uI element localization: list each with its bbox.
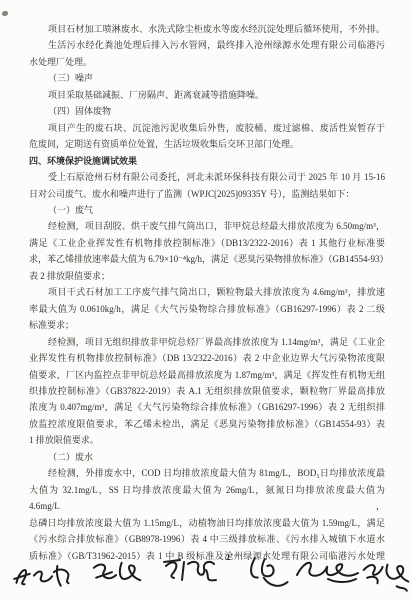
signature-row <box>0 545 412 597</box>
handwritten-signature-4 <box>241 550 293 597</box>
document-line: 经检测，外排废水中，COD 日均排放浓度最大值为 81mg/L，BOD₅日均排放… <box>29 465 385 481</box>
document-line: 表 2 排放限值要求； <box>29 268 385 284</box>
document-line: （四）固体废物 <box>29 103 385 119</box>
document-line: 受上石原沧州石材有限公司委托，河北未派环保科技有限公司于 2025 年 10 月… <box>29 169 385 185</box>
document-line: 织排放控制标准》（GB37822-2019）表 A.1 无组织排放限值要求，颗粒… <box>29 383 385 399</box>
signature-superscript-mark: 2 <box>226 553 230 562</box>
document-line: （二）废水 <box>29 449 385 465</box>
document-line: 四、环境保护设施调试效果 <box>29 153 385 169</box>
report-page: 项目石材加工喷淋废水、水洗式除尘柜废水等废水经沉淀处理后循环使用，不外排。生活污… <box>0 0 412 600</box>
document-body: 项目石材加工喷淋废水、水洗式除尘柜废水等废水经沉淀处理后循环使用，不外排。生活污… <box>29 21 385 564</box>
document-line: 大值为 32.1mg/L，SS 日均排放浓度最大值为 26mg/L，氨氮日均排放… <box>29 482 385 515</box>
handwritten-signature-6 <box>353 552 411 599</box>
scan-artifact-speck <box>2 11 8 16</box>
document-line: 经检测，项目无组织排放非甲烷总烃厂界最高排放浓度为 1.14mg/m³，满足《工… <box>29 334 385 350</box>
handwritten-signature-3 <box>158 550 224 590</box>
document-line: 值要求，厂区内监控点非甲烷总烃最高排放浓度为 1.87mg/m³，满足《挥发性有… <box>29 367 385 383</box>
document-line: 标准要求； <box>29 317 385 333</box>
document-line: （三）噪声 <box>29 70 385 86</box>
document-line: 项目石材加工喷淋废水、水洗式除尘柜废水等废水经沉淀处理后循环使用，不外排。 <box>29 21 385 37</box>
document-line: 放监控浓度限值要求，苯乙烯未检出，满足《恶臭污染物排放标准》（GB14554-9… <box>29 416 385 432</box>
document-line: 危废间，定期送有资质单位处置，生活垃圾收集后交环卫部门处理。 <box>29 136 385 152</box>
document-line: 水处理厂处理。 <box>29 54 385 70</box>
document-line: （一）废气 <box>29 202 385 218</box>
document-line: 满足《工业企业挥发性有机物排放控制标准》（DB13/2322-2016）表 1 … <box>29 235 385 251</box>
document-line: 项目采取基础减振、厂房隔声、距离衰减等措施降噪。 <box>29 87 385 103</box>
document-line: 经检测，项目刮胶、烘干废气排气筒出口，非甲烷总烃最大排放浓度为 6.50mg/m… <box>29 218 385 234</box>
document-line: 率最大值为 0.0610kg/h，满足《大气污染物综合排放标准》（GB16297… <box>29 301 385 317</box>
document-line: 日对公司废气、废水和噪声进行了监测（WPJC[2025]09335Y 号），监测… <box>29 186 385 202</box>
document-line: 项目干式石材加工工序废气排气筒出口，颗粒物最大排放浓度为 4.6mg/m³，排放… <box>29 284 385 300</box>
document-line: 项目产生的废石块、沉淀池污泥收集后外售，废胶桶、废过滤棉、废活性炭暂存于 <box>29 120 385 136</box>
document-line: 1 排放限值要求。 <box>29 432 385 448</box>
document-line: 总磷日均排放浓度最大值为 1.15mg/L，动植物油日均排放浓度最大值为 1.5… <box>29 515 385 531</box>
handwritten-signature-1 <box>9 555 75 597</box>
document-line: 业挥发性有机物排放控制标准》（DB 13/2322-2016）表 2 中企业边界… <box>29 350 385 366</box>
document-line: 生活污水经化粪池处理后排入污水管网，最终排入沧州绿源水处理有限公司临港污 <box>29 37 385 53</box>
document-line: 浓度为 0.407mg/m³，满足《大气污染物综合排放标准》（GB16297-1… <box>29 399 385 415</box>
handwritten-signature-2 <box>85 552 146 594</box>
document-line: 求，苯乙烯排放速率最大值为 6.79×10⁻⁴kg/h，满足《恶臭污染物排放标准… <box>29 251 385 267</box>
